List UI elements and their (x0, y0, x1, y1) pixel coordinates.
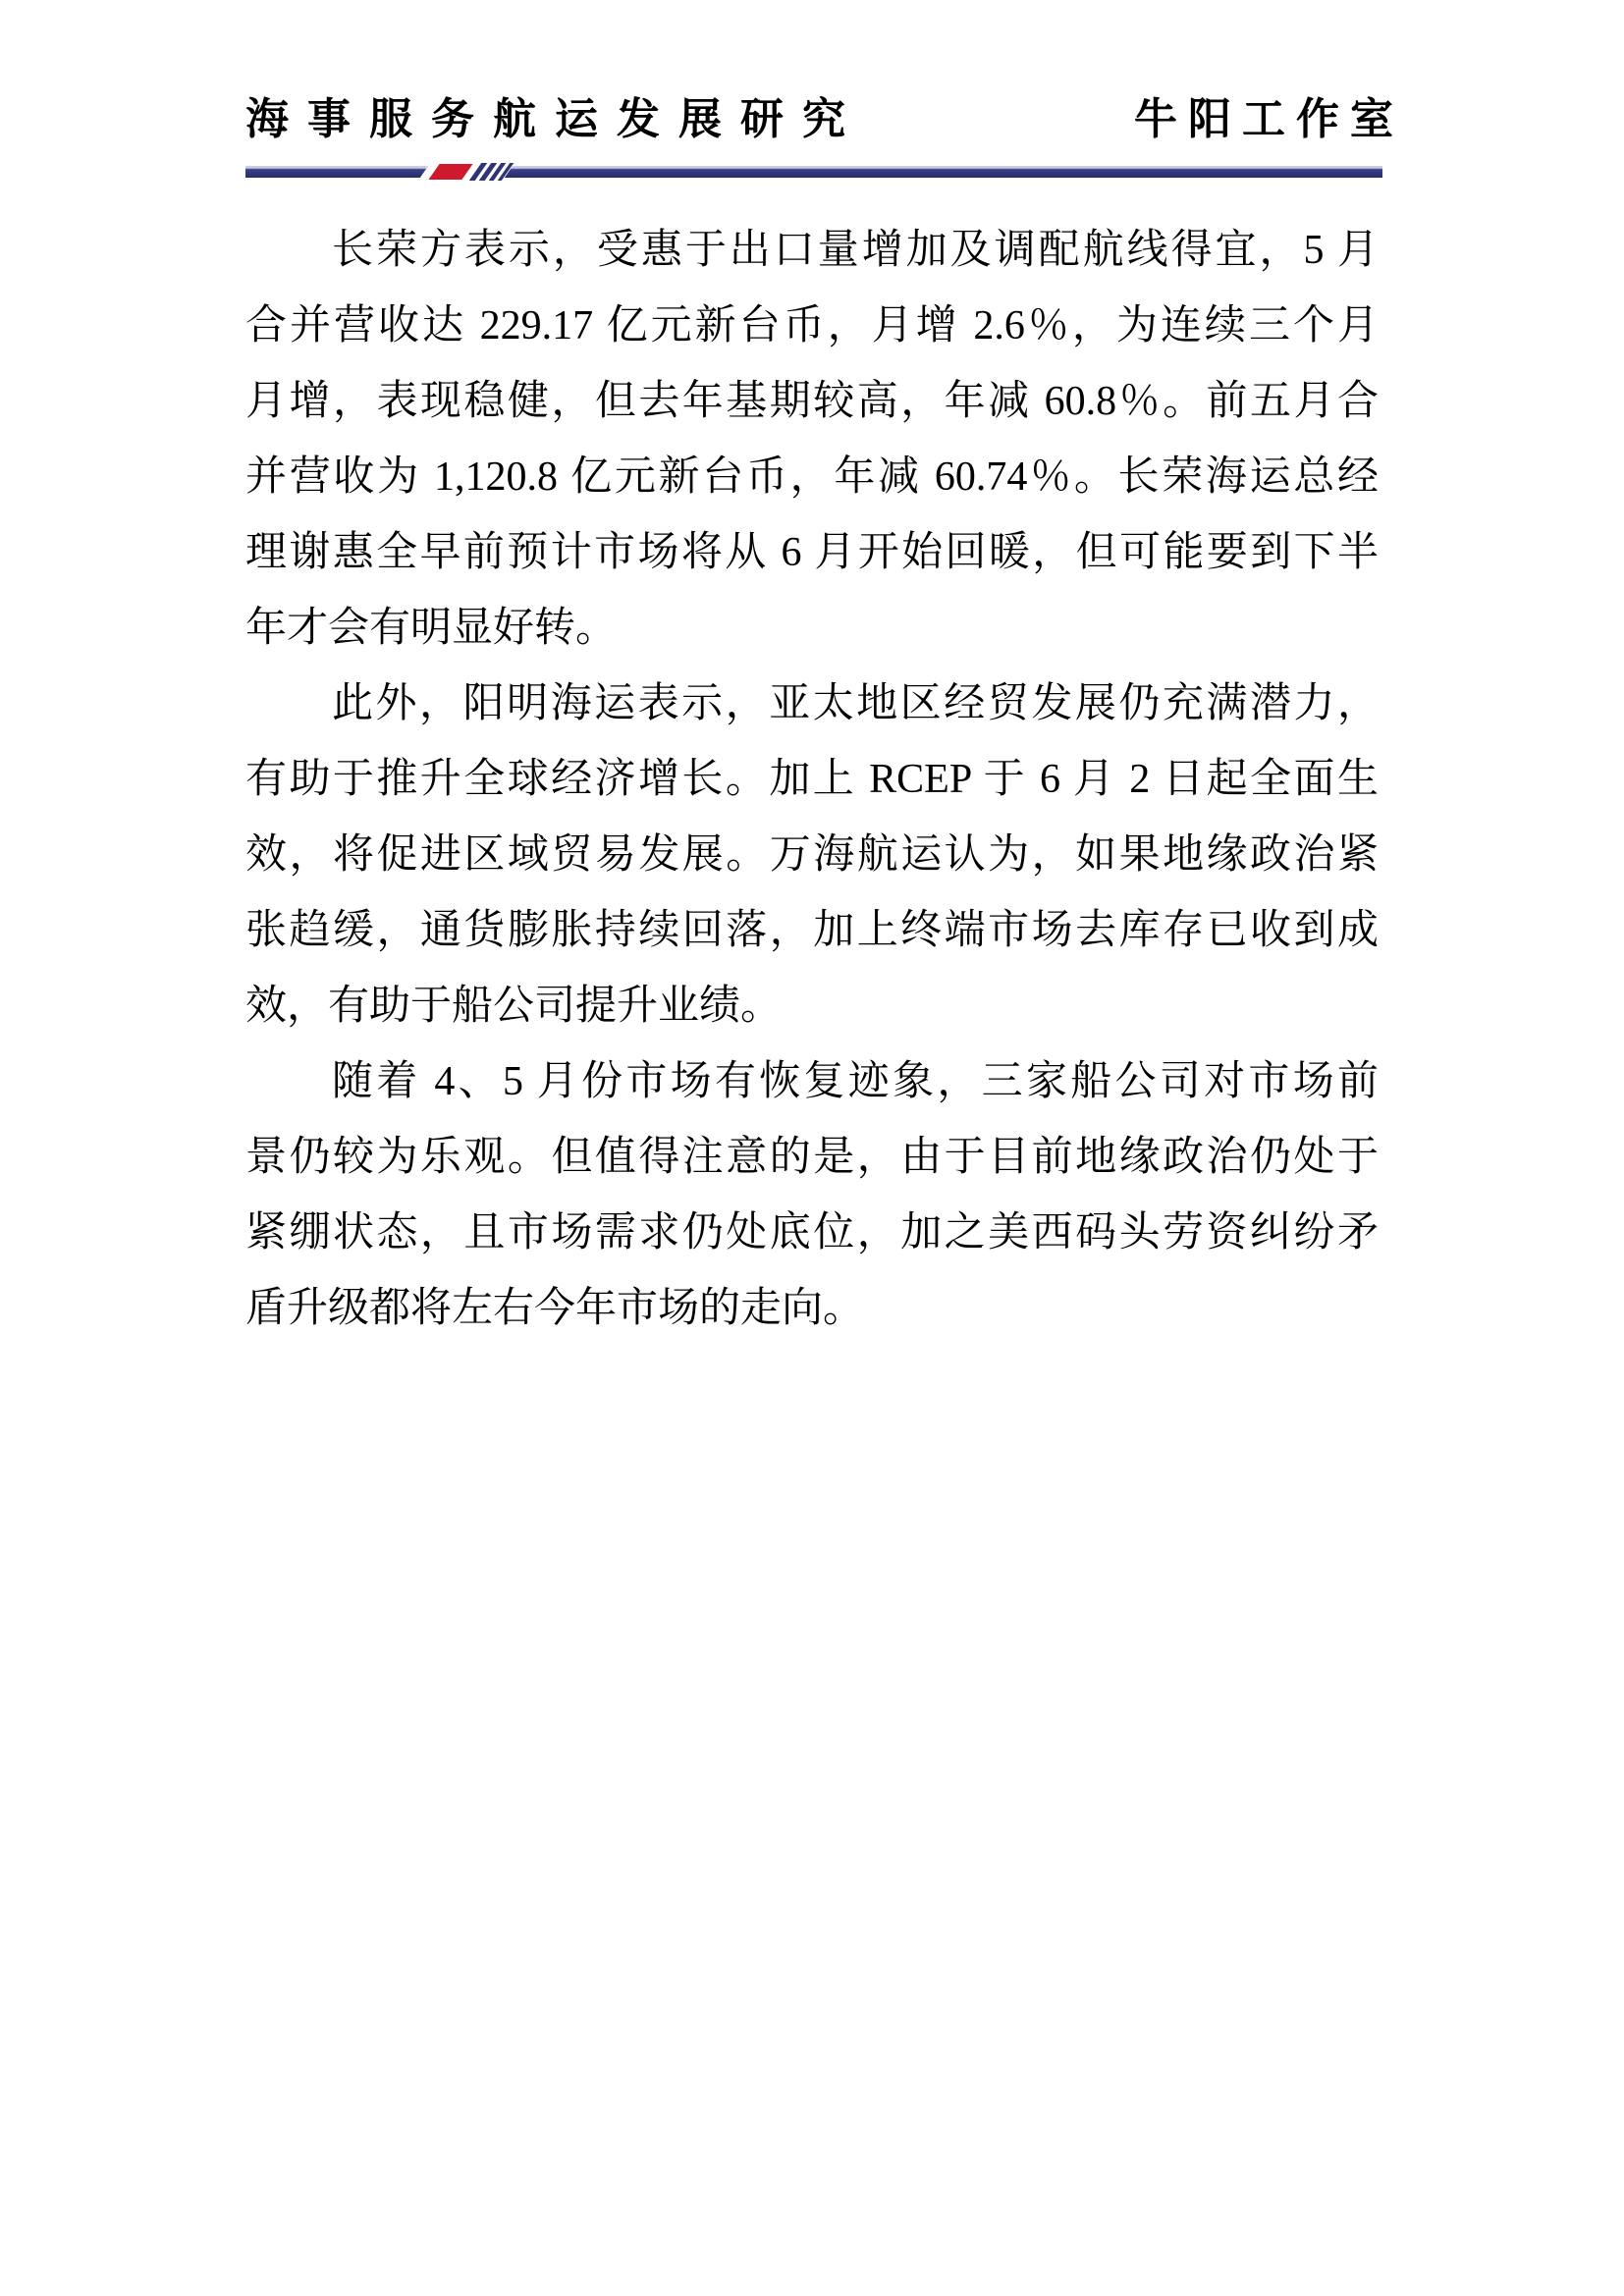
paragraph-1-line-2: 合并营收达 229.17 亿元新台币，月增 2.6％，为连续三个月 (245, 289, 1379, 364)
paragraph-1-line-3: 月增，表现稳健，但去年基期较高，年减 60.8％。前五月合 (245, 364, 1379, 440)
paragraph-1-line-1: 长荣方表示，受惠于出口量增加及调配航线得宜，5 月 (245, 213, 1379, 289)
header-rule-bar (245, 166, 1382, 178)
paragraph-1-line-4: 并营收为 1,120.8 亿元新台币，年减 60.74％。长荣海运总经 (245, 440, 1379, 515)
paragraph-2-line-1: 此外，阳明海运表示，亚太地区经贸发展仍充满潜力， (245, 667, 1379, 742)
document-body: 长荣方表示，受惠于出口量增加及调配航线得宜，5 月合并营收达 229.17 亿元… (245, 213, 1379, 1347)
paragraph-3-line-1: 随着 4、5 月份市场有恢复迹象，三家船公司对市场前 (245, 1044, 1379, 1120)
paragraph-3-line-4: 盾升级都将左右今年市场的走向。 (245, 1271, 1379, 1347)
paragraph-3-line-3: 紧绷状态，且市场需求仍处底位，加之美西码头劳资纠纷矛 (245, 1196, 1379, 1271)
paragraph-2-line-4: 张趋缓，通货膨胀持续回落，加上终端市场去库存已收到成 (245, 893, 1379, 969)
paragraph-1-line-5: 理谢惠全早前预计市场将从 6 月开始回暖，但可能要到下半 (245, 515, 1379, 591)
paragraph-2-line-5: 效，有助于船公司提升业绩。 (245, 969, 1379, 1044)
red-slash-icon (428, 164, 472, 180)
paragraph-2-line-2: 有助于推升全球经济增长。加上 RCEP 于 6 月 2 日起全面生 (245, 742, 1379, 818)
document-page: 海事服务航运发展研究 牛阳工作室 长荣方表示，受惠于出口量增加及调配航线得宜，5… (0, 0, 1624, 2296)
paragraph-2-line-3: 效，将促进区域贸易发展。万海航运认为，如果地缘政治紧 (245, 818, 1379, 893)
paragraph-1-line-6: 年才会有明显好转。 (245, 591, 1379, 667)
masthead-title-right: 牛阳工作室 (1134, 94, 1404, 145)
masthead-title-left: 海事服务航运发展研究 (245, 94, 864, 145)
masthead: 海事服务航运发展研究 牛阳工作室 (245, 94, 1393, 145)
rule-decoration (418, 163, 515, 181)
paragraph-3-line-2: 景仍较为乐观。但值得注意的是，由于目前地缘政治仍处于 (245, 1120, 1379, 1196)
